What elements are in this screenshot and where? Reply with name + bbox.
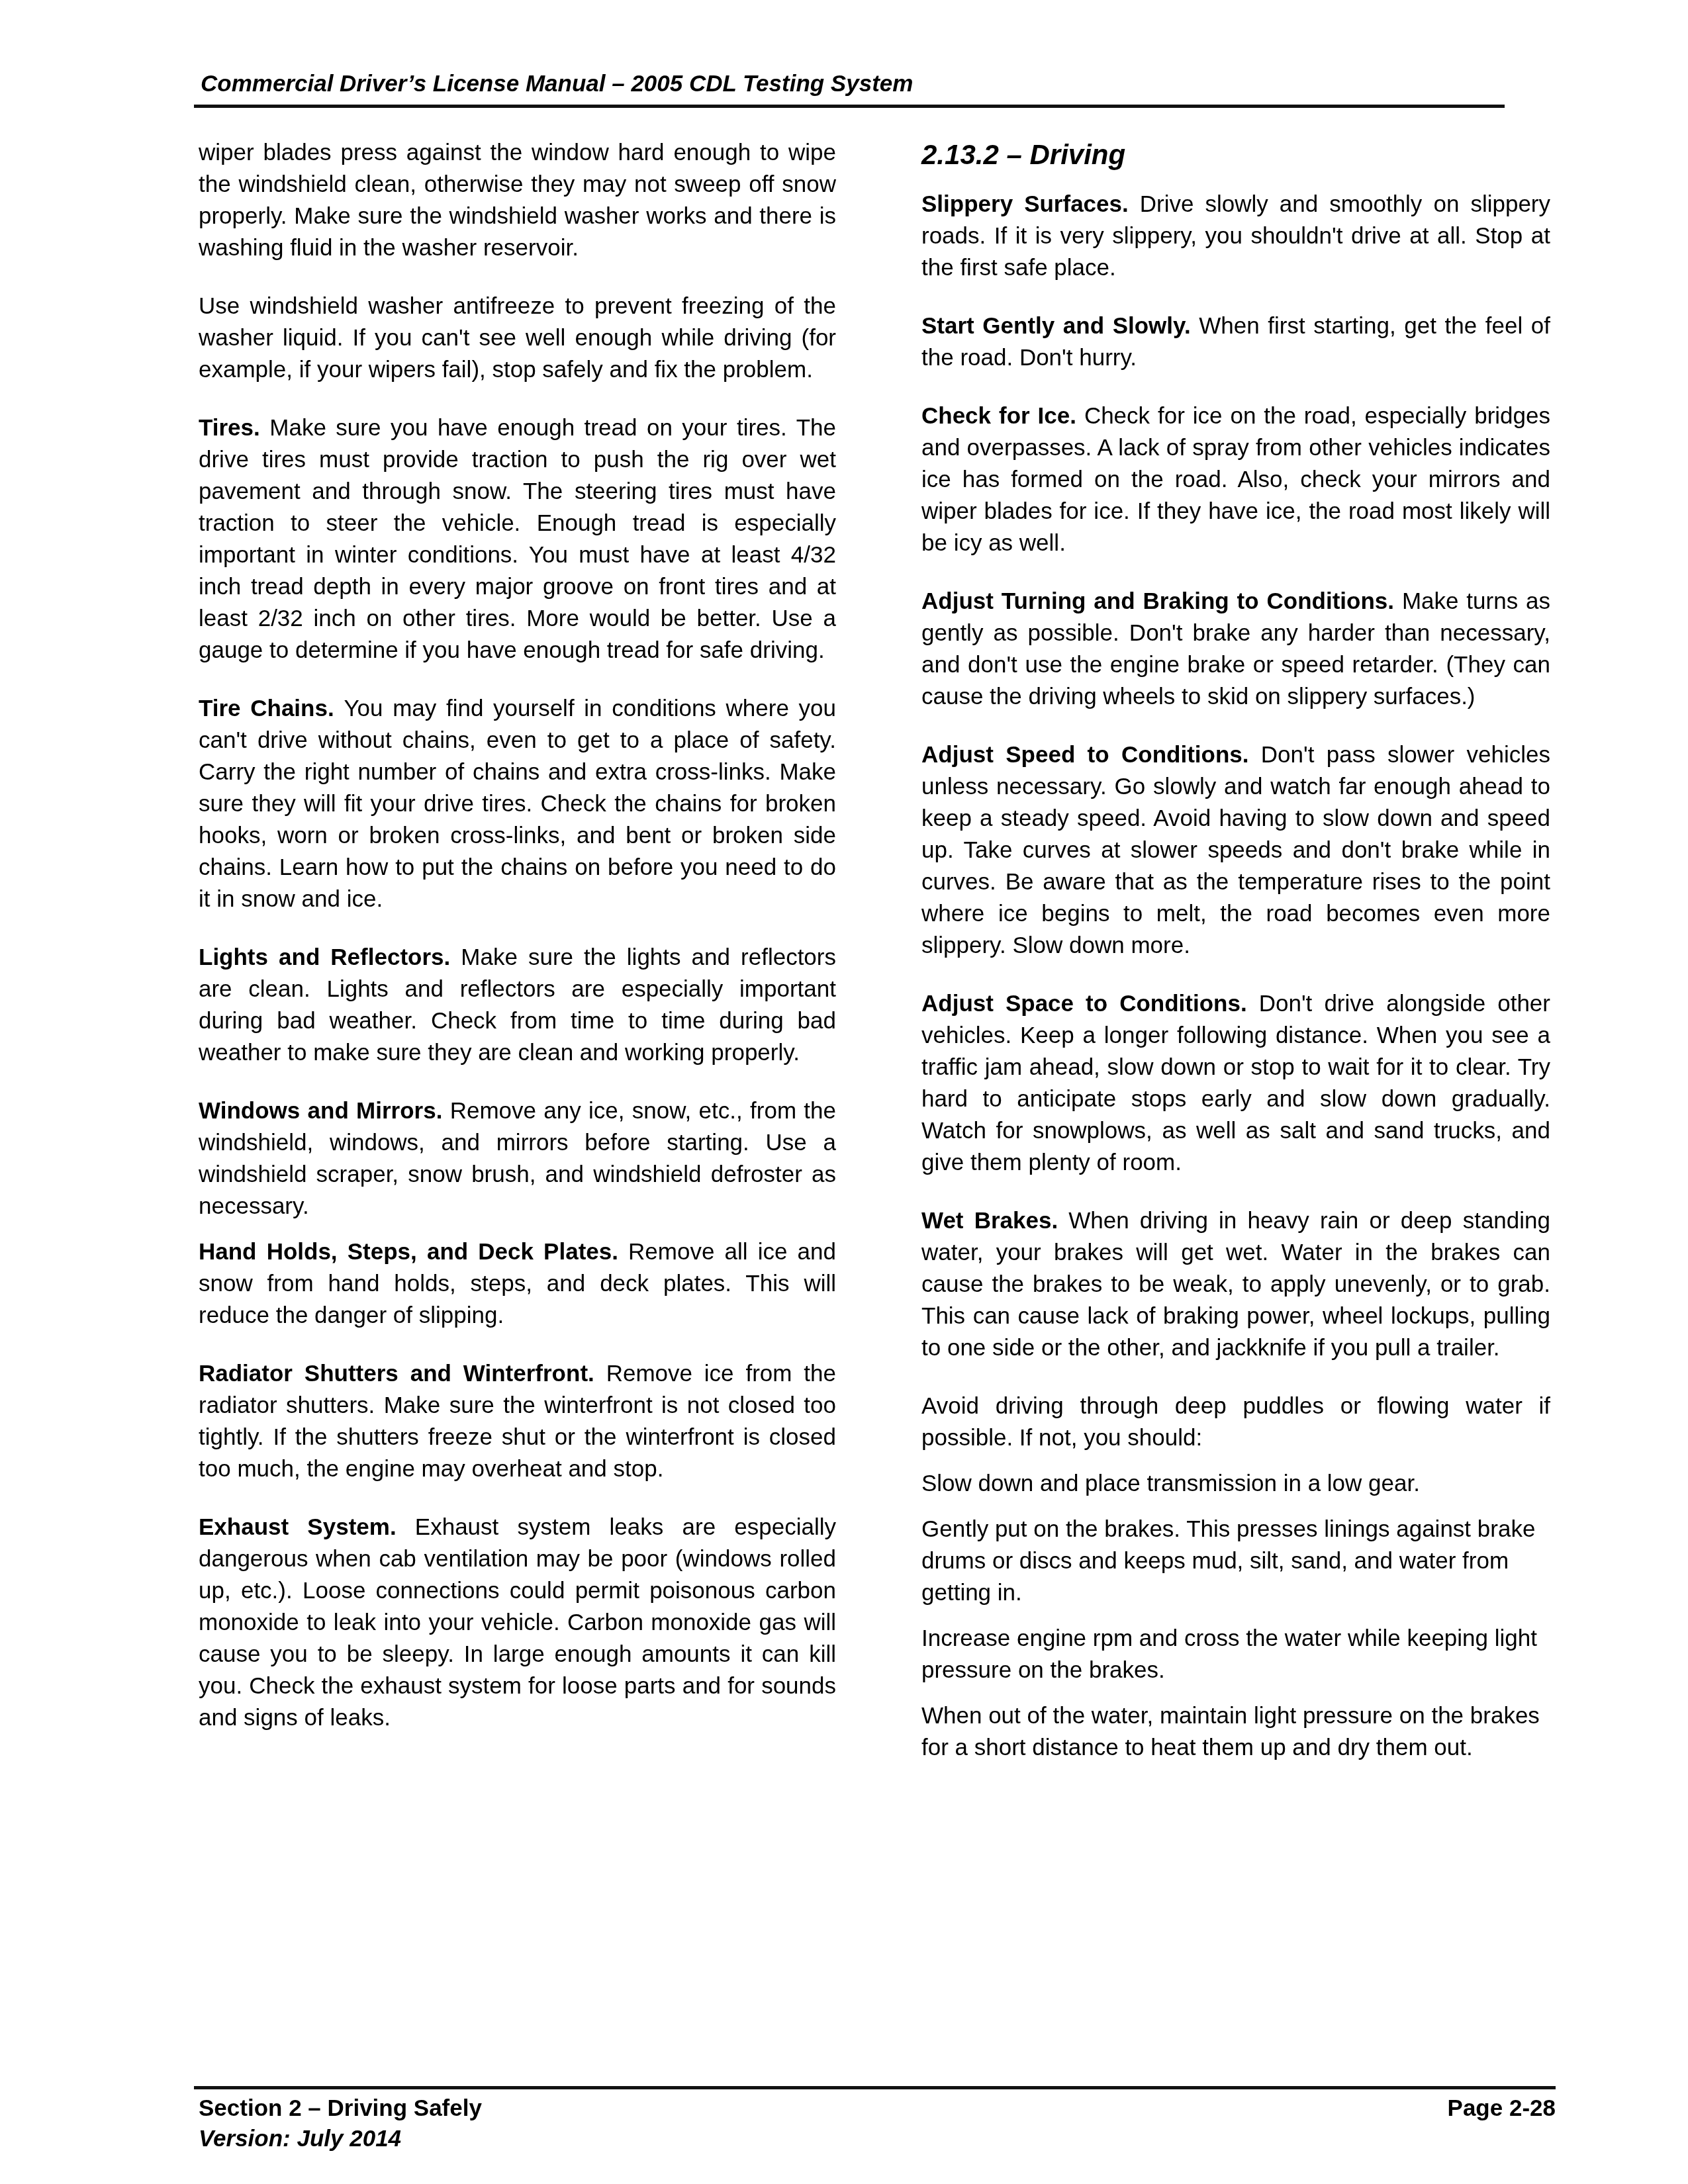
paragraph: Tire Chains.You may find yourself in con… [199, 693, 836, 915]
paragraph-lead: Tire Chains. [199, 696, 344, 721]
paragraph-lead: Exhaust System. [199, 1514, 415, 1540]
paragraph-text: Don't drive alongside other vehicles. Ke… [921, 991, 1550, 1175]
paragraph-text: Make sure you have enough tread on your … [199, 415, 836, 663]
paragraph-text: Use windshield washer antifreeze to prev… [199, 293, 836, 383]
paragraph-text: Don't pass slower vehicles unless necess… [921, 742, 1550, 958]
paragraph-lead: Check for Ice. [921, 403, 1084, 429]
paragraph: Hand Holds, Steps, and Deck Plates.Remov… [199, 1236, 836, 1332]
document-page: Commercial Driver’s License Manual – 200… [0, 0, 1688, 2184]
left-column: wiper blades press against the window ha… [199, 137, 836, 1760]
paragraph-text: Avoid driving through deep puddles or fl… [921, 1393, 1550, 1451]
paragraph-lead: Radiator Shutters and Winterfront. [199, 1361, 606, 1387]
paragraph: Exhaust System.Exhaust system leaks are … [199, 1512, 836, 1734]
header-title: Commercial Driver’s License Manual – 200… [201, 68, 913, 101]
paragraph: Adjust Turning and Braking to Conditions… [921, 586, 1550, 713]
footer-section-label: Section 2 – Driving Safely [199, 2093, 482, 2124]
paragraph: Slippery Surfaces.Drive slowly and smoot… [921, 189, 1550, 284]
paragraph: Gently put on the brakes. This presses l… [921, 1514, 1550, 1609]
paragraph-text: Increase engine rpm and cross the water … [921, 1625, 1537, 1683]
paragraph: Slow down and place transmission in a lo… [921, 1468, 1550, 1500]
paragraph-lead: Adjust Turning and Braking to Conditions… [921, 588, 1402, 614]
paragraph: Start Gently and Slowly.When first start… [921, 310, 1550, 374]
paragraph-text: You may find yourself in conditions wher… [199, 696, 836, 912]
paragraph-lead: Start Gently and Slowly. [921, 313, 1199, 339]
right-column-paragraphs: Slippery Surfaces.Drive slowly and smoot… [921, 189, 1550, 1764]
paragraph: Check for Ice.Check for ice on the road,… [921, 400, 1550, 559]
section-heading: 2.13.2 – Driving [921, 137, 1550, 173]
paragraph-lead: Adjust Space to Conditions. [921, 991, 1259, 1017]
paragraph: Use windshield washer antifreeze to prev… [199, 291, 836, 386]
paragraph: Increase engine rpm and cross the water … [921, 1623, 1550, 1686]
paragraph: Adjust Space to Conditions.Don't drive a… [921, 988, 1550, 1179]
paragraph-text: Exhaust system leaks are especially dang… [199, 1514, 836, 1731]
right-column: 2.13.2 – Driving Slippery Surfaces.Drive… [921, 137, 1550, 1790]
paragraph-lead: Tires. [199, 415, 269, 441]
paragraph-lead: Wet Brakes. [921, 1208, 1068, 1234]
paragraph: Windows and Mirrors.Remove any ice, snow… [199, 1095, 836, 1222]
paragraph: When out of the water, maintain light pr… [921, 1700, 1550, 1764]
footer-version-label: Version: July 2014 [199, 2124, 482, 2154]
paragraph: Avoid driving through deep puddles or fl… [921, 1390, 1550, 1454]
paragraph-lead: Adjust Speed to Conditions. [921, 742, 1261, 768]
paragraph-lead: Slippery Surfaces. [921, 191, 1140, 217]
paragraph-lead: Windows and Mirrors. [199, 1098, 450, 1124]
paragraph: Radiator Shutters and Winterfront.Remove… [199, 1358, 836, 1485]
paragraph: Lights and Reflectors.Make sure the ligh… [199, 942, 836, 1069]
paragraph-lead: Hand Holds, Steps, and Deck Plates. [199, 1239, 628, 1265]
paragraph: Tires.Make sure you have enough tread on… [199, 412, 836, 666]
header-rule [194, 105, 1505, 108]
paragraph: Wet Brakes.When driving in heavy rain or… [921, 1205, 1550, 1364]
paragraph-lead: Lights and Reflectors. [199, 944, 461, 970]
footer-left-block: Section 2 – Driving Safely Version: July… [199, 2093, 482, 2154]
paragraph-text: wiper blades press against the window ha… [199, 140, 836, 261]
paragraph: Adjust Speed to Conditions.Don't pass sl… [921, 739, 1550, 962]
footer-rule [194, 2086, 1556, 2089]
footer-page-number: Page 2-28 [1448, 2093, 1556, 2124]
paragraph-text: When out of the water, maintain light pr… [921, 1703, 1540, 1760]
paragraph: wiper blades press against the window ha… [199, 137, 836, 264]
paragraph-text: Slow down and place transmission in a lo… [921, 1471, 1420, 1496]
paragraph-text: Gently put on the brakes. This presses l… [921, 1516, 1535, 1606]
